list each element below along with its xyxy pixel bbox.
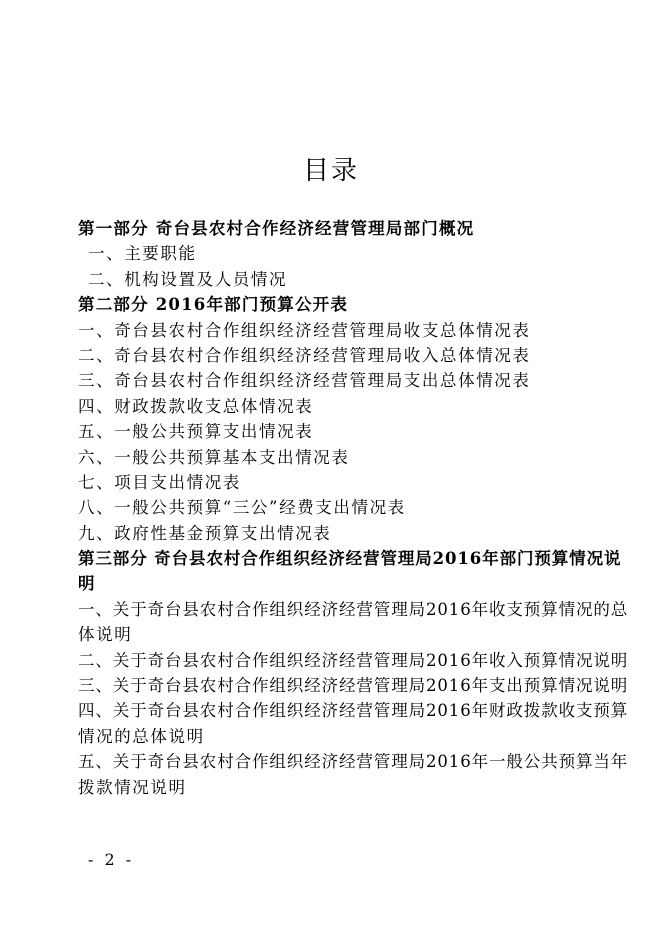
toc-item[interactable]: 五、关于奇台县农村合作组织经济经营管理局2016年一般公共预算当年 [78, 749, 630, 774]
toc-item[interactable]: 三、关于奇台县农村合作组织经济经营管理局2016年支出预算情况说明 [78, 673, 630, 698]
toc-item[interactable]: 七、项目支出情况表 [78, 470, 630, 495]
toc-item[interactable]: 二、机构设置及人员情况 [78, 267, 630, 292]
toc-item-continued[interactable]: 情况的总体说明 [78, 724, 630, 749]
toc-item[interactable]: 六、一般公共预算基本支出情况表 [78, 445, 630, 470]
page-number: - 2 - [88, 850, 134, 870]
toc-item[interactable]: 一、奇台县农村合作组织经济经营管理局收支总体情况表 [78, 318, 630, 343]
toc-item-continued[interactable]: 拨款情况说明 [78, 775, 630, 800]
toc-part-3-heading-continued[interactable]: 明 [78, 571, 630, 596]
toc-item[interactable]: 二、奇台县农村合作组织经济经营管理局收入总体情况表 [78, 343, 630, 368]
document-page: 目录 第一部分 奇台县农村合作经济经营管理局部门概况 一、主要职能 二、机构设置… [0, 0, 662, 936]
toc-item[interactable]: 一、主要职能 [78, 241, 630, 266]
toc-item[interactable]: 三、奇台县农村合作组织经济经营管理局支出总体情况表 [78, 368, 630, 393]
toc-part-3-heading[interactable]: 第三部分 奇台县农村合作组织经济经营管理局2016年部门预算情况说 [78, 546, 630, 571]
toc-item[interactable]: 四、关于奇台县农村合作组织经济经营管理局2016年财政拨款收支预算 [78, 698, 630, 723]
toc-item[interactable]: 二、关于奇台县农村合作组织经济经营管理局2016年收入预算情况说明 [78, 648, 630, 673]
toc-part-1-heading[interactable]: 第一部分 奇台县农村合作经济经营管理局部门概况 [78, 216, 630, 241]
toc-part-2-heading[interactable]: 第二部分 2016年部门预算公开表 [78, 292, 630, 317]
toc-item[interactable]: 一、关于奇台县农村合作组织经济经营管理局2016年收支预算情况的总 [78, 597, 630, 622]
page-title: 目录 [0, 153, 662, 189]
toc-item[interactable]: 九、政府性基金预算支出情况表 [78, 521, 630, 546]
table-of-contents: 第一部分 奇台县农村合作经济经营管理局部门概况 一、主要职能 二、机构设置及人员… [78, 216, 630, 800]
toc-item[interactable]: 八、一般公共预算“三公”经费支出情况表 [78, 495, 630, 520]
toc-item[interactable]: 五、一般公共预算支出情况表 [78, 419, 630, 444]
toc-item-continued[interactable]: 体说明 [78, 622, 630, 647]
toc-item[interactable]: 四、财政拨款收支总体情况表 [78, 394, 630, 419]
